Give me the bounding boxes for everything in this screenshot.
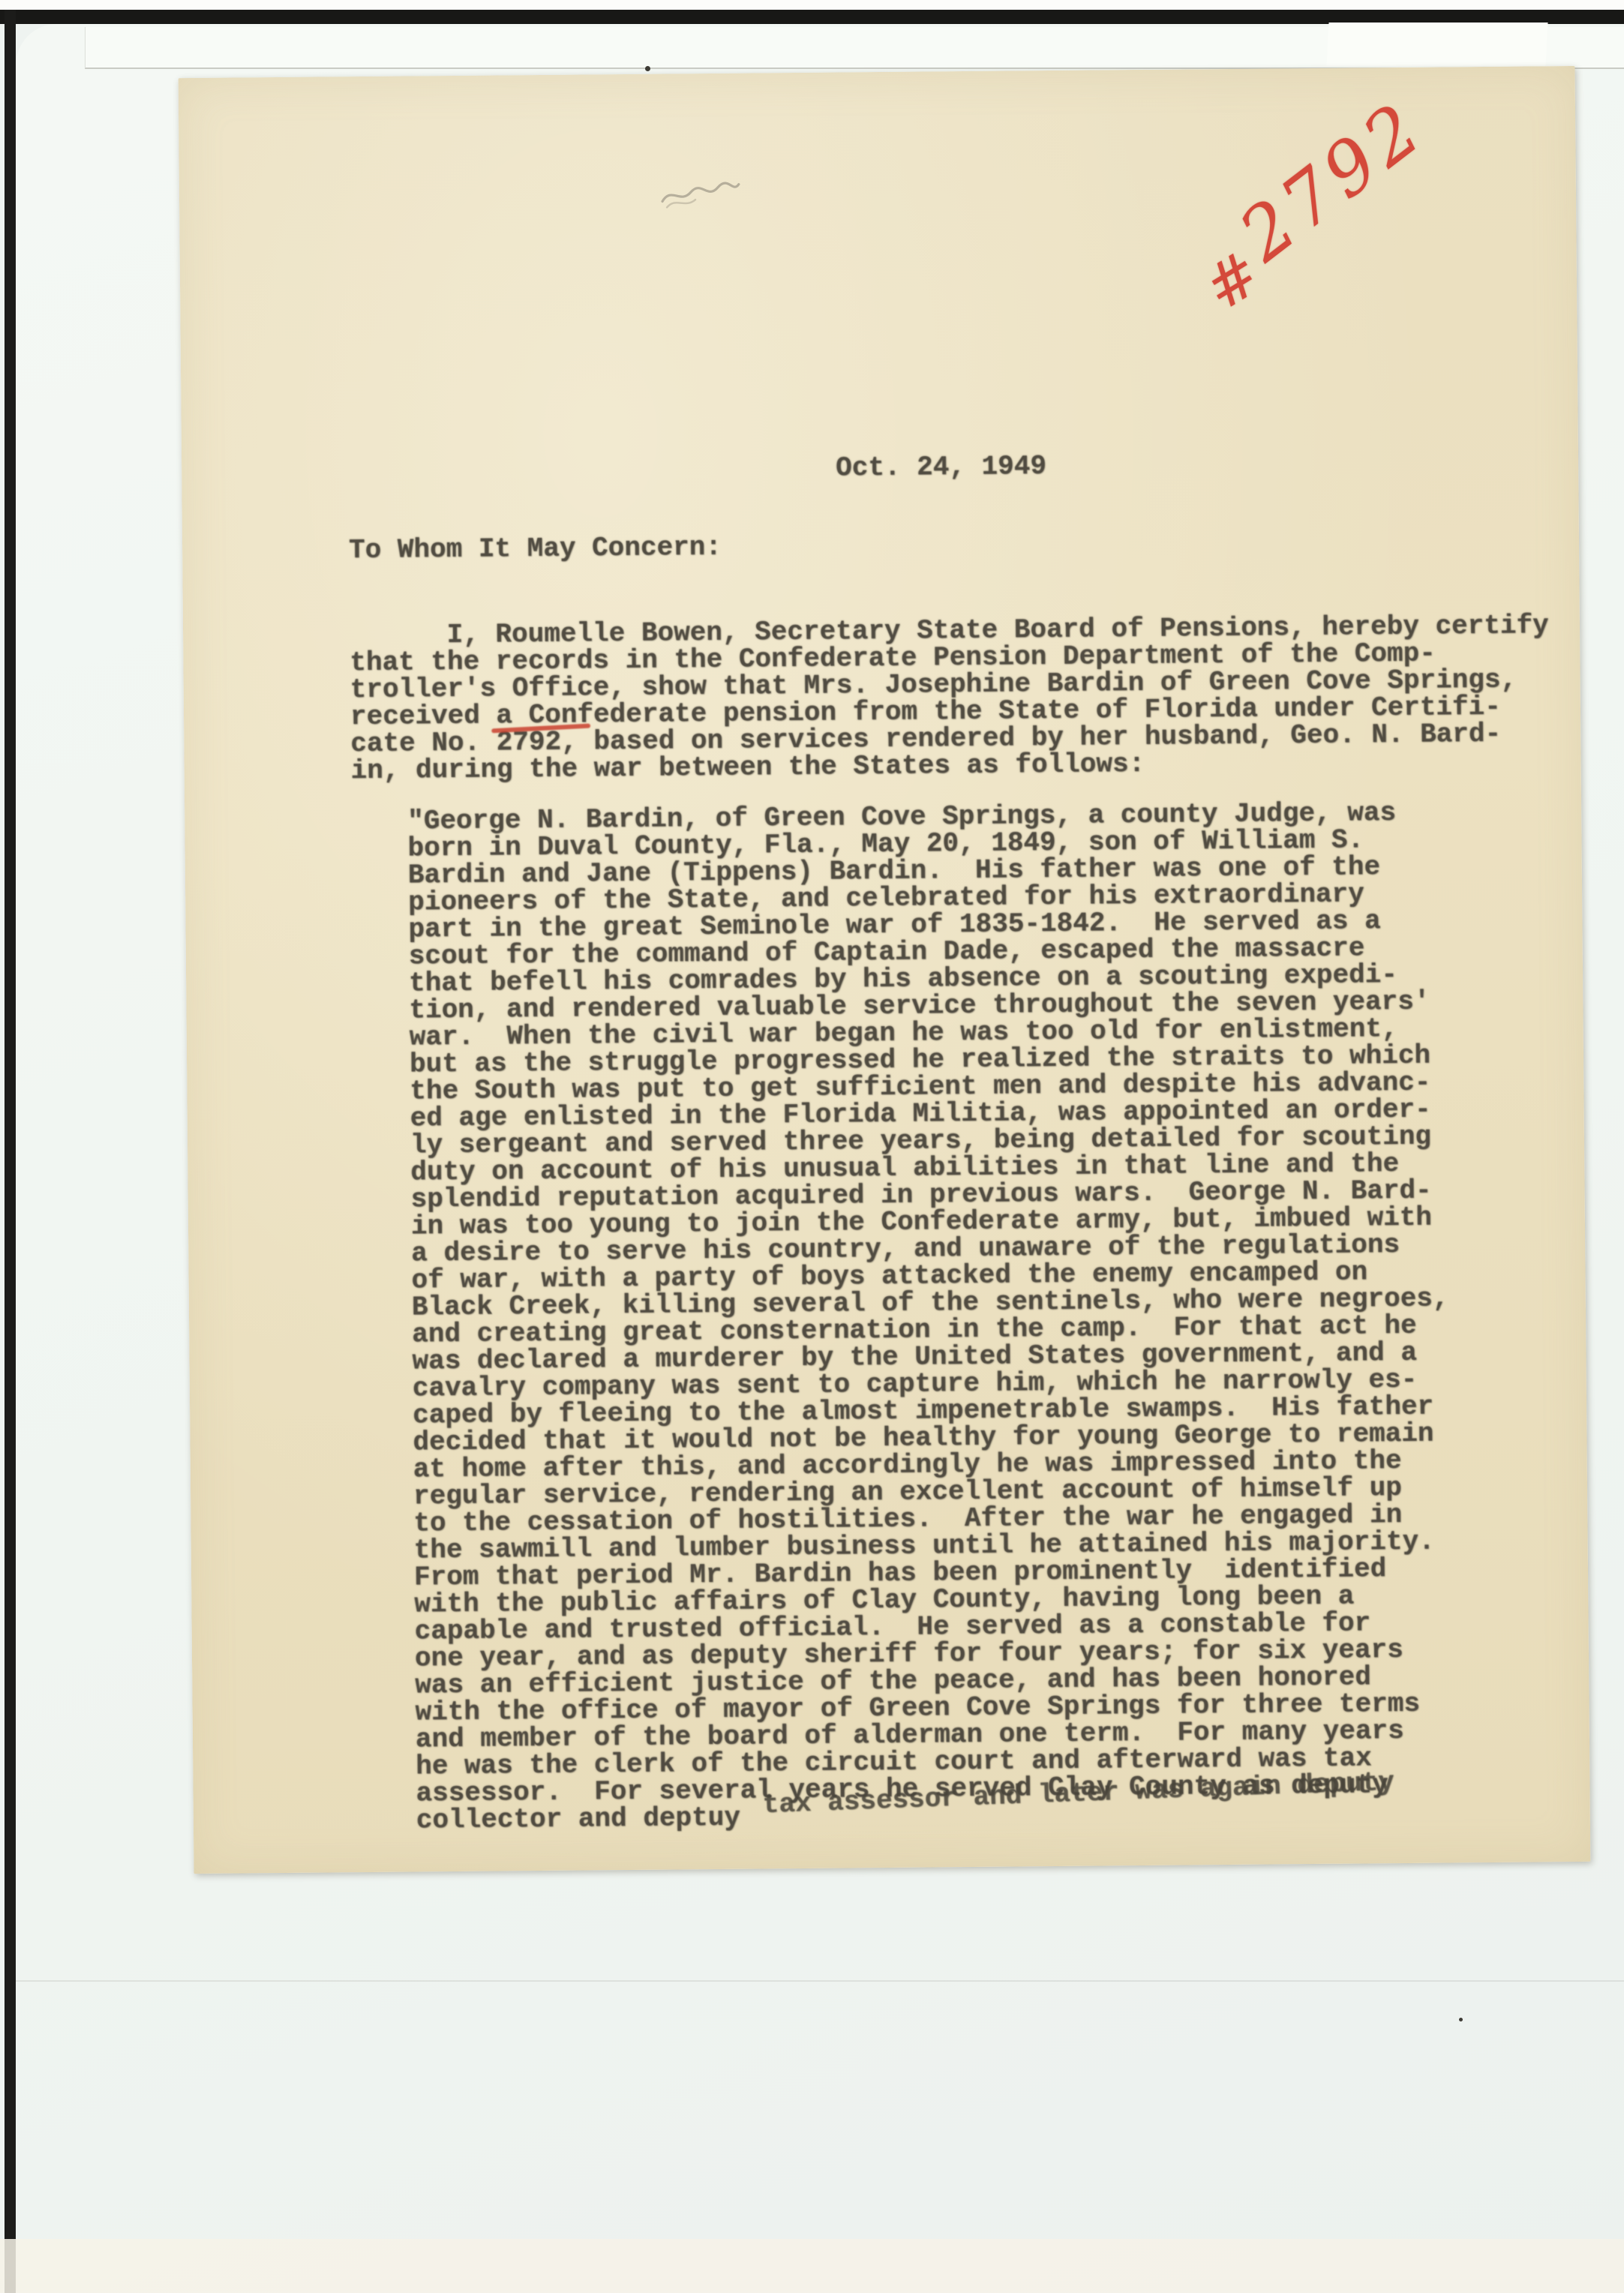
quoted-service-record-paragraph: "George N. Bardin, of Green Cove Springs… [407, 799, 1526, 1781]
scanner-bottom-band [0, 2239, 1624, 2293]
sleeve-edge-line [16, 1980, 1624, 1982]
dust-speck [1459, 2018, 1463, 2021]
scanner-black-edge-left [5, 10, 16, 2293]
overlapped-line-lower: collector and deptuy tax assessor and la… [416, 1799, 1388, 1834]
dust-speck [645, 66, 650, 71]
scanner-top-strip [0, 0, 1624, 10]
intro-paragraph-text: I, Roumelle Bowen, Secretary State Board… [350, 610, 1549, 786]
document-scan: #2792 Oct. 24, 1949 To Whom It May Conce… [0, 0, 1624, 2293]
red-certificate-number-annotation: #2792 [1178, 85, 1439, 313]
pencil-scribble-mark [659, 179, 742, 214]
typed-date: Oct. 24, 1949 [836, 453, 1046, 482]
red-number: 2792 [1224, 85, 1439, 278]
overlap-line-start: collector and deptuy [416, 1802, 757, 1836]
mounting-paper-strip [1326, 23, 1547, 66]
letter-paper: #2792 Oct. 24, 1949 To Whom It May Conce… [179, 66, 1591, 1874]
salutation: To Whom It May Concern: [349, 534, 722, 564]
